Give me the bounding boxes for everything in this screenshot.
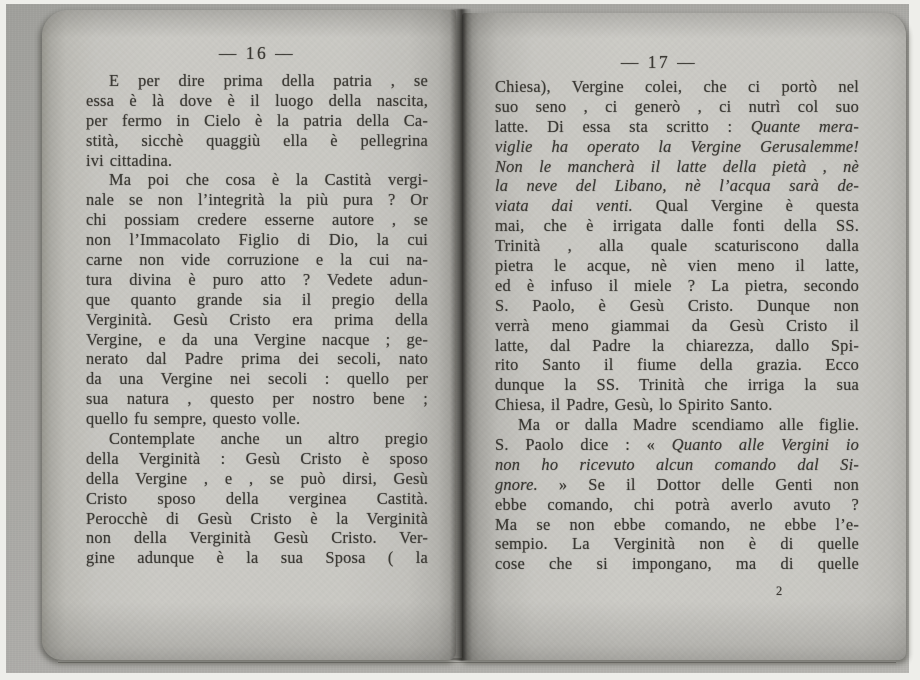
text-line: dunque la SS. Trinità che irriga la sua [495,375,859,395]
text-segment: tura divina è puro atto ? Vedete adun- [86,270,428,289]
text-line: stità, sicchè quaggiù ella è pellegrina [86,131,428,151]
text-segment: sempio. La Verginità non è di quelle [495,534,859,553]
page-number-right: — 17 — [492,52,826,73]
text-segment: nale se non l’integrità la più pura ? Or [86,190,428,209]
text-segment: quello fu sempre, questo volle. [86,409,300,428]
text-segment-italic: gnore. [495,475,559,494]
text-segment: della Vergine , e , se può dirsi, Gesù [86,469,428,488]
page-left: — 16 — E per dire prima della patria , s… [42,10,456,660]
text-segment: que quanto grande sia il pregio della [86,290,428,309]
text-line: suo seno , ci generò , ci nutrì col suo [495,97,859,117]
text-line: per fermo in Cielo è la patria della Ca- [86,111,428,131]
text-segment: Vergine, e da una Vergine nacque ; ge- [86,330,428,349]
text-segment: stità, sicchè quaggiù ella è pellegrina [86,131,428,150]
text-line: Contemplate anche un altro pregio [86,429,428,449]
text-line: viata dai venti. Qual Vergine è questa [495,196,859,216]
text-segment: da una Vergine nei secoli : quello per [86,369,428,388]
text-segment-italic: viglie ha operato la Vergine Gerusalemme… [495,137,859,156]
text-segment: mai, che è irrigata dalle fonti della SS… [495,216,859,235]
text-line: Ma or dalla Madre scendiamo alle figlie. [495,415,859,435]
text-segment-italic: la neve del Libano, nè l’acqua sarà de- [495,176,859,195]
text-segment: rito Santo il fiume della grazia. Ecco [495,355,859,374]
text-segment: Qual Vergine è questa [633,196,859,215]
text-line: carne non vide corruzione e la cui na- [86,250,428,270]
text-line: Perocchè di Gesù Cristo è la Verginità [86,509,428,529]
text-line: E per dire prima della patria , se [86,71,428,91]
text-segment: pietra le acque, nè vien meno il latte, [495,256,859,275]
text-segment: verrà meno giammai da Gesù Cristo il [495,316,859,335]
text-line: latte. Di essa sta scritto : Quante mera… [495,117,859,137]
page-right-text: Chiesa), Vergine colei, che ci portò nel… [495,77,859,574]
text-segment: Ma or dalla Madre scendiamo alle figlie. [518,415,859,434]
text-segment: Chiesa), Vergine colei, che ci portò nel [495,77,859,96]
text-line: tura divina è puro atto ? Vedete adun- [86,270,428,290]
page-right: — 17 — Chiesa), Vergine colei, che ci po… [462,13,906,660]
text-segment: Trinità , alla quale scaturiscono dalla [495,236,859,255]
text-line: Ma poi che cosa è la Castità vergi- [86,170,428,190]
text-line: quello fu sempre, questo volle. [86,409,428,429]
text-segment: Perocchè di Gesù Cristo è la Verginità [86,509,428,528]
text-line: gnore. » Se il Dottor delle Genti non [495,475,859,495]
text-segment: dunque la SS. Trinità che irriga la sua [495,375,859,394]
text-line: verrà meno giammai da Gesù Cristo il [495,316,859,336]
text-segment: per fermo in Cielo è la patria della Ca- [86,111,428,130]
text-line: chi possiam credere esserne autore , se [86,210,428,230]
text-segment: nerato dal Padre prima dei secoli, nato [86,349,428,368]
text-line: da una Vergine nei secoli : quello per [86,369,428,389]
page-left-text: E per dire prima della patria , seessa è… [86,71,428,568]
text-line: la neve del Libano, nè l’acqua sarà de- [495,176,859,196]
text-segment: ivi cittadina. [86,151,172,170]
text-line: gine adunque è la sua Sposa ( la [86,548,428,568]
text-line: nerato dal Padre prima dei secoli, nato [86,349,428,369]
text-line: Chiesa), Vergine colei, che ci portò nel [495,77,859,97]
text-line: rito Santo il fiume della grazia. Ecco [495,355,859,375]
text-line: ebbe comando, chi potrà averlo avuto ? [495,495,859,515]
text-segment-italic: non ho ricevuto alcun comando dal Si- [495,455,859,474]
text-segment: S. Paolo, è Gesù Cristo. Dunque non [495,296,859,315]
text-segment: suo seno , ci generò , ci nutrì col suo [495,97,859,116]
text-line: mai, che è irrigata dalle fonti della SS… [495,216,859,236]
text-line: della Vergine , e , se può dirsi, Gesù [86,469,428,489]
text-line: que quanto grande sia il pregio della [86,290,428,310]
text-line: Trinità , alla quale scaturiscono dalla [495,236,859,256]
text-line: Cristo sposo della verginea Castità. [86,489,428,509]
text-line: Non le mancherà il latte della pietà , n… [495,157,859,177]
text-segment: essa è là dove è il luogo della nascita, [86,91,428,110]
text-segment: Verginità. Gesù Cristo era prima della [86,310,428,329]
text-line: Chiesa, il Padre, Gesù, lo Spirito Santo… [495,395,859,415]
book-scan-photo: — 16 — E per dire prima della patria , s… [0,0,920,680]
text-segment: latte, dal Padre la chiarezza, dallo Spi… [495,336,859,355]
text-segment: Chiesa, il Padre, Gesù, lo Spirito Santo… [495,395,773,414]
text-line: della Verginità : Gesù Cristo è sposo [86,449,428,469]
text-segment: carne non vide corruzione e la cui na- [86,250,428,269]
text-segment: Ma se non ebbe comando, ne ebbe l’e- [495,515,859,534]
text-line: sua natura , questo per nostro bene ; [86,389,428,409]
text-line: ed è infuso il miele ? La pietra, second… [495,276,859,296]
text-segment: S. Paolo dice : « [495,435,672,454]
text-segment: chi possiam credere esserne autore , se [86,210,428,229]
text-segment-italic: Quanto alle Vergini io [672,435,859,454]
text-segment: Cristo sposo della verginea Castità. [86,489,428,508]
text-segment-italic: Non le mancherà il latte della pietà , n… [495,157,859,176]
text-segment: » Se il Dottor delle Genti non [559,475,859,494]
text-segment: E per dire prima della patria , se [109,71,428,90]
text-line: ivi cittadina. [86,151,428,171]
text-segment: non della Verginità Gesù Cristo. Ver- [86,528,428,547]
signature-mark: 2 [776,584,798,599]
text-segment-italic: viata dai venti. [495,196,633,215]
text-segment: della Verginità : Gesù Cristo è sposo [86,449,428,468]
text-segment: gine adunque è la sua Sposa ( la [86,548,428,567]
text-segment: ebbe comando, chi potrà averlo avuto ? [495,495,859,514]
text-line: sempio. La Verginità non è di quelle [495,534,859,554]
text-line: S. Paolo, è Gesù Cristo. Dunque non [495,296,859,316]
text-line: latte, dal Padre la chiarezza, dallo Spi… [495,336,859,356]
text-segment: non l’Immacolato Figlio di Dio, la cui [86,230,428,249]
text-line: Ma se non ebbe comando, ne ebbe l’e- [495,515,859,535]
text-line: pietra le acque, nè vien meno il latte, [495,256,859,276]
text-line: essa è là dove è il luogo della nascita, [86,91,428,111]
text-segment: Ma poi che cosa è la Castità vergi- [109,170,428,189]
text-line: Verginità. Gesù Cristo era prima della [86,310,428,330]
text-line: cose che si impongano, ma di quelle [495,554,859,574]
text-segment-italic: Quante mera- [751,117,859,136]
text-segment: latte. Di essa sta scritto : [495,117,751,136]
text-line: Vergine, e da una Vergine nacque ; ge- [86,330,428,350]
text-segment: Contemplate anche un altro pregio [109,429,428,448]
page-number-left: — 16 — [86,43,428,64]
text-line: non della Verginità Gesù Cristo. Ver- [86,528,428,548]
text-segment: sua natura , questo per nostro bene ; [86,389,428,408]
text-line: non ho ricevuto alcun comando dal Si- [495,455,859,475]
text-line: nale se non l’integrità la più pura ? Or [86,190,428,210]
text-line: S. Paolo dice : « Quanto alle Vergini io [495,435,859,455]
text-segment: ed è infuso il miele ? La pietra, second… [495,276,859,295]
text-segment: cose che si impongano, ma di quelle [495,554,859,573]
text-line: non l’Immacolato Figlio di Dio, la cui [86,230,428,250]
text-line: viglie ha operato la Vergine Gerusalemme… [495,137,859,157]
